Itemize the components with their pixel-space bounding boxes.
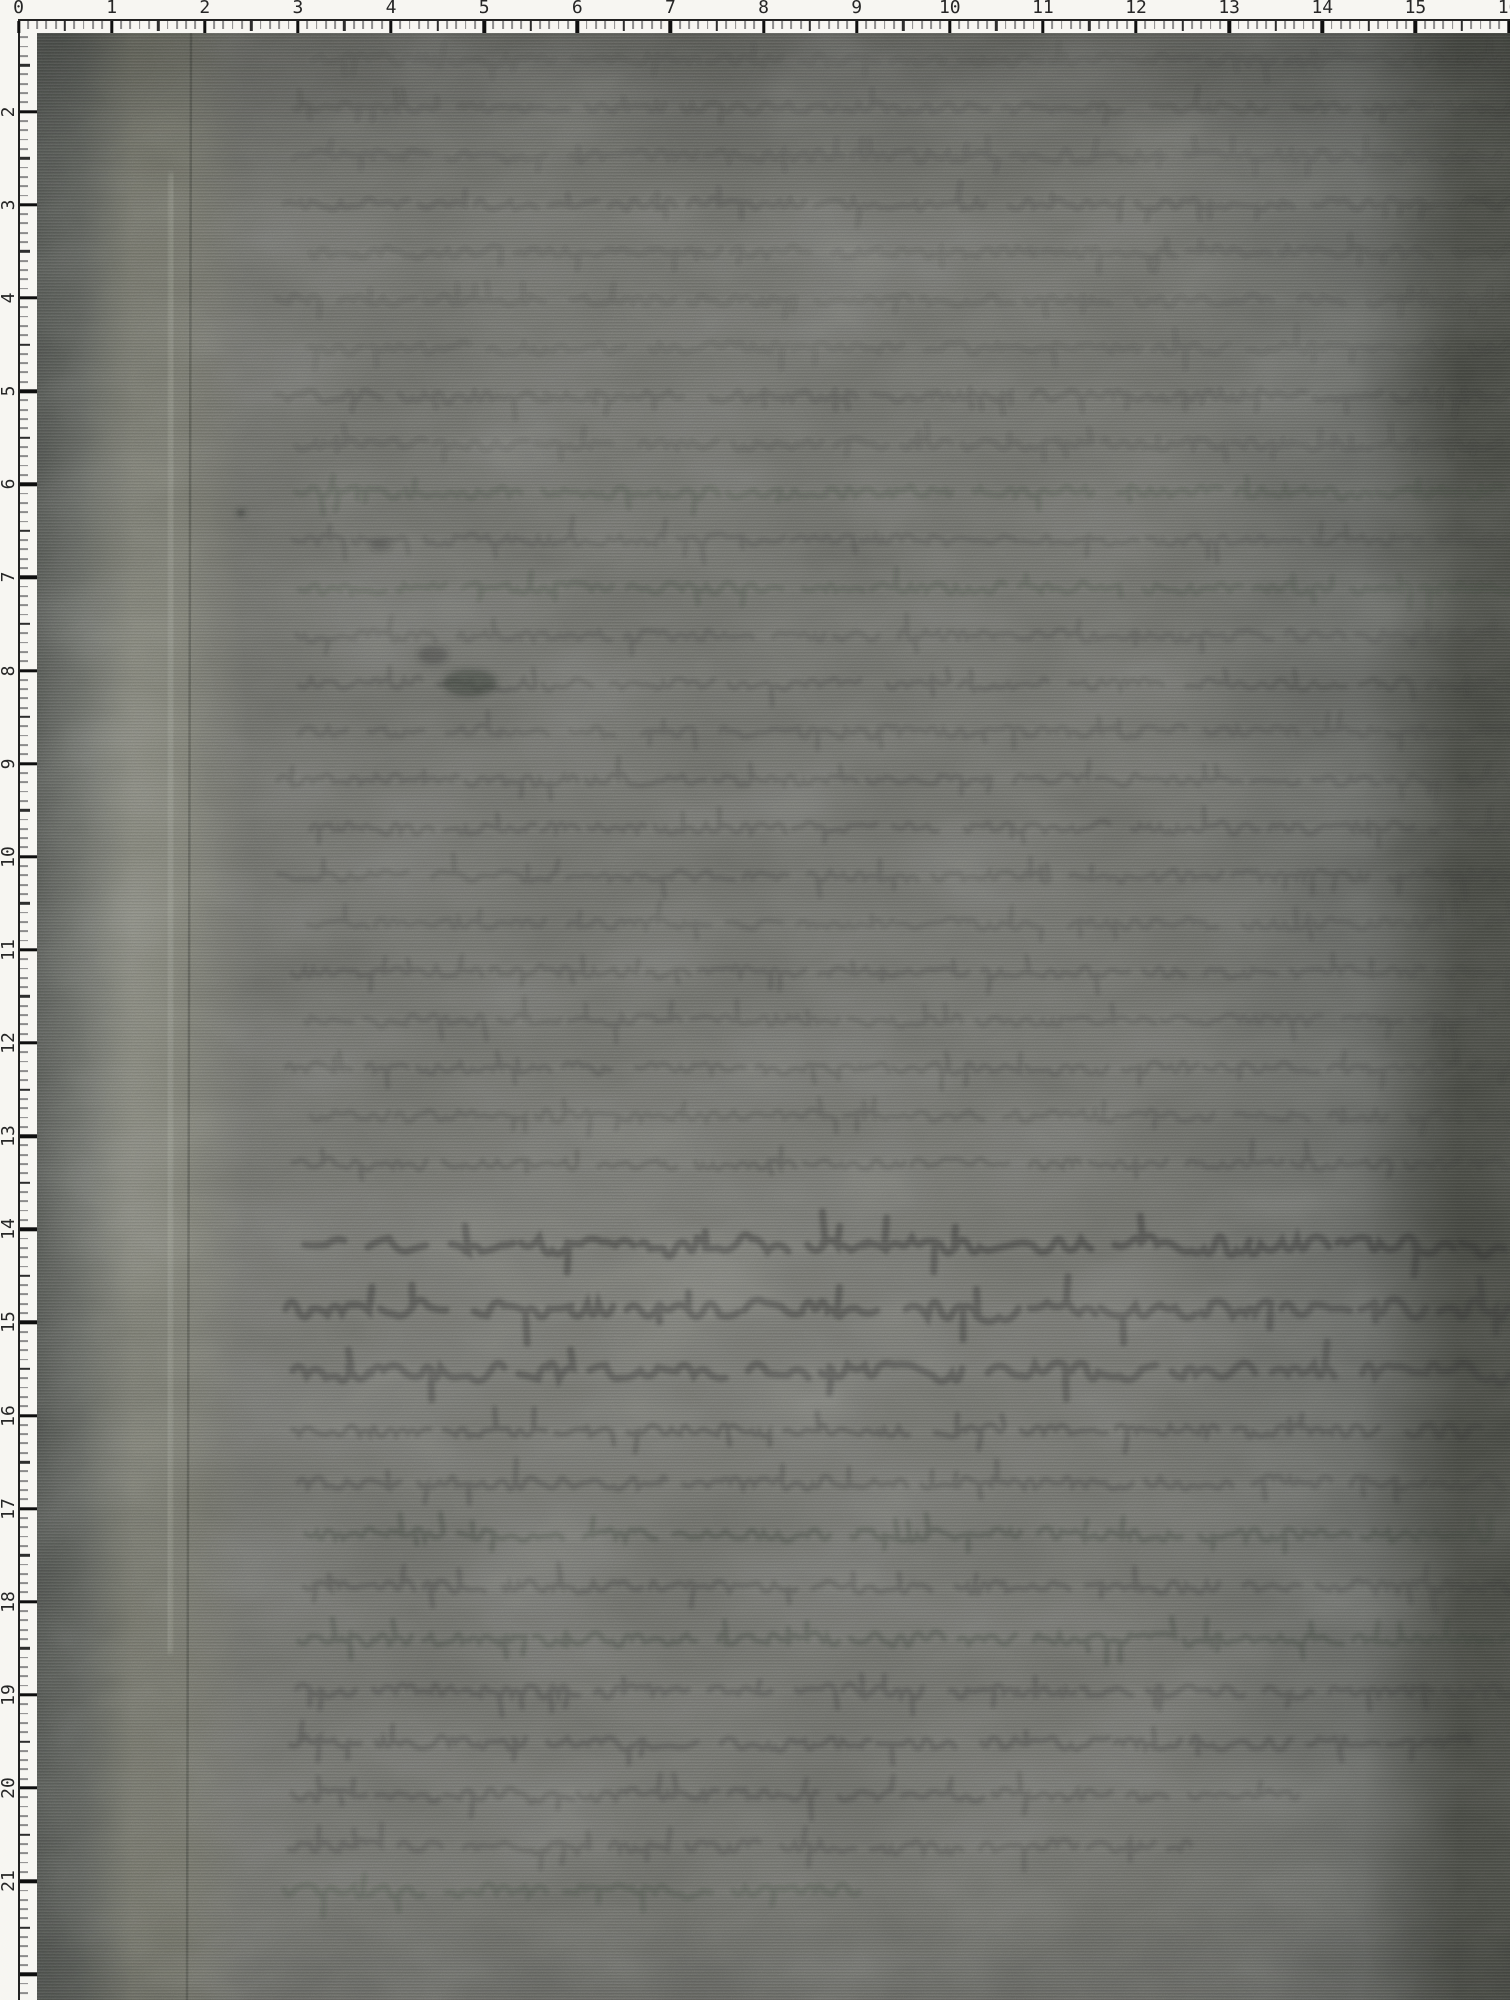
top-ruler-tick (855, 21, 858, 34)
top-ruler-tick (1061, 21, 1063, 29)
left-ruler-tick (20, 614, 28, 616)
top-ruler-tick (1154, 21, 1156, 29)
top-ruler-tick (1424, 21, 1426, 29)
left-ruler-tick (20, 1796, 28, 1798)
left-ruler-tick (20, 576, 38, 579)
left-ruler-tick (20, 977, 28, 979)
top-ruler-label: 13 (1218, 0, 1240, 18)
top-ruler-tick (455, 21, 457, 29)
top-ruler-label: 5 (479, 0, 490, 18)
left-ruler-tick (20, 1228, 38, 1231)
top-ruler-label: 16 (1498, 0, 1510, 18)
top-ruler-tick (334, 21, 336, 29)
left-ruler-tick (20, 986, 28, 988)
top-ruler-tick (1238, 21, 1240, 29)
left-ruler-tick (20, 1284, 28, 1286)
left-ruler-label: 14 (0, 1207, 18, 1251)
top-ruler-tick (604, 21, 606, 29)
top-ruler-tick (222, 21, 224, 29)
left-ruler-tick (20, 1890, 28, 1892)
left-ruler-tick (20, 940, 28, 942)
top-ruler-tick (232, 21, 234, 29)
left-ruler-tick (20, 1163, 28, 1165)
left-ruler-tick (20, 1349, 28, 1351)
top-ruler-tick (409, 21, 411, 29)
left-ruler-tick (20, 1964, 28, 1966)
left-ruler-tick (20, 389, 38, 392)
left-ruler-tick (20, 1200, 28, 1202)
top-ruler-label: 4 (386, 0, 397, 18)
left-ruler-tick (20, 539, 28, 541)
top-ruler-tick (110, 21, 113, 34)
left-ruler-tick (20, 55, 28, 57)
top-ruler-tick (539, 21, 541, 29)
left-ruler-tick (20, 446, 28, 448)
top-ruler-label: 1 (106, 0, 117, 18)
left-ruler-tick (20, 316, 28, 318)
top-ruler-tick (73, 21, 75, 29)
left-ruler-tick (20, 1852, 28, 1854)
left-ruler-tick (20, 1573, 28, 1575)
left-ruler-tick (20, 92, 28, 94)
top-ruler-tick (921, 21, 923, 29)
left-ruler-tick (20, 567, 28, 569)
top-ruler-tick (772, 21, 774, 29)
left-ruler-tick (20, 1461, 31, 1463)
top-ruler-label: 2 (199, 0, 210, 18)
top-ruler-tick (1331, 21, 1333, 29)
left-ruler-tick (20, 791, 28, 793)
top-ruler-tick (558, 21, 560, 29)
left-ruler-tick (20, 148, 28, 150)
left-ruler-tick (20, 1899, 28, 1901)
top-ruler-tick (101, 21, 103, 29)
left-ruler-tick (20, 1405, 28, 1407)
left-ruler-tick (20, 735, 28, 737)
left-ruler-label: 9 (0, 742, 18, 786)
left-ruler-tick (20, 1331, 28, 1333)
top-ruler-label: 3 (292, 0, 303, 18)
left-ruler-tick (20, 1685, 28, 1687)
left-ruler-tick (20, 1126, 28, 1128)
left-ruler-tick (20, 288, 28, 290)
top-ruler-tick (1144, 21, 1146, 29)
left-ruler-tick (20, 1600, 38, 1603)
left-ruler-tick (20, 847, 28, 849)
left-ruler-tick (20, 269, 28, 271)
left-ruler-tick (20, 167, 28, 169)
top-ruler-tick (707, 21, 709, 29)
left-ruler-tick (20, 1908, 28, 1910)
top-ruler-tick (1340, 21, 1342, 29)
top-ruler-tick (791, 21, 793, 29)
left-ruler-tick (20, 353, 28, 355)
left-ruler-tick (20, 260, 28, 262)
left-ruler-label: 18 (0, 1580, 18, 1624)
left-ruler-tick (20, 912, 28, 914)
top-ruler-tick (1368, 21, 1370, 32)
left-ruler-tick (20, 837, 28, 839)
top-ruler-tick (884, 21, 886, 29)
left-ruler-tick (20, 1833, 31, 1835)
top-ruler-tick (548, 21, 550, 29)
left-ruler-tick (20, 1368, 31, 1370)
left-ruler-tick (20, 1079, 28, 1081)
left-ruler-tick (20, 1219, 28, 1221)
left-ruler-tick (20, 1023, 28, 1025)
left-ruler-tick (20, 753, 28, 755)
top-ruler-tick (465, 21, 467, 29)
left-ruler-tick (20, 1387, 28, 1389)
top-ruler-tick (679, 21, 681, 29)
left-ruler-tick (20, 185, 28, 187)
left-ruler-tick (20, 436, 31, 438)
left-ruler-tick (20, 1088, 31, 1090)
left-ruler-label: 17 (0, 1487, 18, 1531)
top-ruler-tick (1200, 21, 1202, 29)
top-ruler-tick (948, 21, 951, 34)
left-ruler-tick (20, 64, 31, 66)
left-ruler-tick (20, 707, 28, 709)
left-ruler-tick (20, 1489, 28, 1491)
top-ruler-tick (371, 21, 373, 29)
top-ruler-tick (306, 21, 308, 29)
left-ruler-tick (20, 1722, 28, 1724)
left-ruler-tick (20, 1498, 28, 1500)
left-ruler-tick (20, 1256, 28, 1258)
top-ruler-tick (167, 21, 169, 29)
top-ruler-tick (893, 21, 895, 29)
left-ruler-tick (20, 1210, 28, 1212)
top-ruler-tick (1227, 21, 1230, 34)
top-ruler-tick (316, 21, 318, 29)
top-ruler-tick (1321, 21, 1324, 34)
left-ruler-tick (20, 1051, 28, 1053)
top-ruler-tick (930, 21, 932, 29)
left-ruler-tick (20, 1014, 28, 1016)
left-ruler-tick (20, 828, 28, 830)
top-ruler-tick (1442, 21, 1444, 29)
left-ruler-tick (20, 1526, 28, 1528)
left-ruler-tick (20, 213, 28, 215)
left-ruler-tick (20, 1275, 31, 1277)
top-ruler-tick (1033, 21, 1035, 29)
top-ruler-tick (958, 21, 960, 29)
left-ruler-tick (20, 1927, 31, 1929)
left-ruler-tick (20, 250, 31, 252)
left-ruler-tick (20, 1173, 28, 1175)
left-ruler-tick (20, 586, 28, 588)
top-ruler-tick (55, 21, 57, 29)
left-ruler-tick (20, 120, 28, 122)
top-ruler-tick (1433, 21, 1435, 29)
top-ruler-tick (493, 21, 495, 29)
left-ruler-tick (20, 781, 28, 783)
left-ruler-tick (20, 632, 28, 634)
top-ruler-tick (436, 21, 438, 32)
top-ruler-tick (697, 21, 699, 29)
top-ruler-tick (651, 21, 653, 29)
top-ruler-tick (213, 21, 215, 29)
top-ruler-tick (669, 21, 672, 34)
manuscript-scan-viewport: 123456789101112131415161718192021 012345… (0, 0, 1510, 2000)
top-ruler-tick (17, 21, 20, 34)
left-ruler-tick (20, 232, 28, 234)
left-ruler-label: 6 (0, 462, 18, 506)
top-ruler-tick (1461, 21, 1463, 32)
left-ruler-tick (20, 623, 31, 625)
left-ruler-tick (20, 502, 28, 504)
left-ruler-label: 13 (0, 1114, 18, 1158)
left-ruler-tick (20, 549, 28, 551)
top-ruler-tick (64, 21, 66, 32)
left-ruler-label: 5 (0, 369, 18, 413)
top-ruler-tick (482, 21, 485, 34)
top-ruler-tick (1359, 21, 1361, 29)
left-ruler-tick (20, 1359, 28, 1361)
left-ruler-tick (20, 893, 28, 895)
left-ruler-tick (20, 74, 28, 76)
top-ruler-tick (157, 21, 159, 32)
top-ruler-tick (809, 21, 811, 32)
top-ruler-tick (567, 21, 569, 29)
left-ruler-tick (20, 1452, 28, 1454)
top-ruler-tick (995, 21, 997, 32)
left-ruler-tick (20, 325, 28, 327)
top-ruler-tick (36, 21, 38, 29)
top-ruler-tick (1134, 21, 1137, 34)
top-ruler-tick (27, 21, 29, 29)
left-ruler-tick (20, 1582, 28, 1584)
left-ruler-tick (20, 1713, 28, 1715)
top-ruler-tick (1070, 21, 1072, 29)
top-ruler-label: 14 (1311, 0, 1333, 18)
left-ruler-tick (20, 800, 28, 802)
left-ruler-tick (20, 1443, 28, 1445)
top-ruler-tick (865, 21, 867, 29)
left-ruler-tick (20, 1992, 28, 1994)
left-ruler-tick (20, 129, 28, 131)
top-ruler-tick (1247, 21, 1249, 29)
top-ruler-tick (968, 21, 970, 29)
left-ruler-tick (20, 1824, 28, 1826)
top-ruler-tick (260, 21, 262, 29)
left-ruler-label: 21 (0, 1859, 18, 1903)
top-ruler-label: 8 (758, 0, 769, 18)
top-ruler-tick (1210, 21, 1212, 29)
top-ruler-tick (744, 21, 746, 29)
left-ruler-tick (20, 1657, 28, 1659)
left-ruler-tick (20, 968, 28, 970)
top-ruler-tick (250, 21, 252, 32)
left-ruler-tick (20, 1973, 38, 1976)
top-ruler-tick (614, 21, 616, 29)
left-ruler-tick (20, 1545, 28, 1547)
left-ruler-label: 7 (0, 555, 18, 599)
top-ruler-tick (1181, 21, 1183, 32)
left-ruler-tick (20, 1182, 31, 1184)
left-ruler-tick (20, 157, 31, 159)
top-ruler-tick (474, 21, 476, 29)
left-ruler-label: 2 (0, 90, 18, 134)
top-ruler-tick (781, 21, 783, 29)
left-ruler-tick (20, 921, 28, 923)
left-ruler-tick (20, 948, 38, 951)
top-ruler-tick (1405, 21, 1407, 29)
left-ruler-tick (20, 1536, 28, 1538)
top-ruler-tick (819, 21, 821, 29)
top-ruler-tick (1414, 21, 1417, 34)
top-ruler-tick (418, 21, 420, 29)
left-ruler-tick (20, 1070, 28, 1072)
top-ruler-tick (120, 21, 122, 29)
left-ruler-tick (20, 930, 28, 932)
left-ruler-tick (20, 1786, 38, 1789)
top-ruler-tick (269, 21, 271, 29)
top-ruler-tick (399, 21, 401, 29)
top-ruler-tick (343, 21, 345, 32)
left-ruler-tick (20, 1955, 28, 1957)
left-ruler-tick (20, 1396, 28, 1398)
left-ruler-tick (20, 362, 28, 364)
left-ruler-tick (20, 865, 28, 867)
left-ruler-tick (20, 1303, 28, 1305)
left-ruler-tick (20, 1750, 28, 1752)
left-ruler-tick (20, 1191, 28, 1193)
left-ruler-tick (20, 409, 28, 411)
top-ruler-tick (940, 21, 942, 29)
left-ruler-tick (20, 1098, 28, 1100)
left-ruler-tick (20, 772, 28, 774)
left-ruler-tick (20, 493, 28, 495)
left-ruler-tick (20, 46, 28, 48)
top-ruler-tick (1470, 21, 1472, 29)
top-ruler-tick (203, 21, 206, 34)
left-ruler-tick (20, 762, 38, 765)
top-ruler-tick (1275, 21, 1277, 32)
left-ruler-tick (20, 1238, 28, 1240)
left-ruler-tick (20, 1564, 28, 1566)
left-ruler-tick (20, 381, 28, 383)
left-ruler-tick (20, 139, 28, 141)
left-ruler-label: 15 (0, 1300, 18, 1344)
left-ruler-tick (20, 1041, 38, 1044)
left-ruler-tick (20, 203, 38, 206)
left-ruler-tick (20, 1740, 31, 1742)
left-ruler-tick (20, 1843, 28, 1845)
left-ruler-tick (20, 1731, 28, 1733)
top-ruler-tick (1387, 21, 1389, 29)
left-ruler-tick (20, 521, 28, 523)
top-ruler-tick (389, 21, 392, 34)
top-ruler-tick (353, 21, 355, 29)
top-ruler-label: 12 (1125, 0, 1147, 18)
left-ruler-label: 11 (0, 928, 18, 972)
left-ruler-tick (20, 1675, 28, 1677)
left-ruler-tick (20, 1918, 28, 1920)
left-ruler-tick (20, 241, 28, 243)
left-ruler-tick (20, 1433, 28, 1435)
top-ruler-tick (511, 21, 513, 29)
left-ruler-tick (20, 1871, 28, 1873)
left-ruler-tick (20, 1693, 38, 1696)
left-ruler-tick (20, 1629, 28, 1631)
left-ruler-tick (20, 725, 28, 727)
left-ruler-tick (20, 1321, 38, 1324)
left-ruler-label: 16 (0, 1394, 18, 1438)
left-ruler-label: 20 (0, 1766, 18, 1810)
left-ruler-tick (20, 1554, 31, 1556)
top-ruler-label: 9 (851, 0, 862, 18)
left-ruler-tick (20, 679, 28, 681)
top-ruler-tick (1117, 21, 1119, 29)
left-ruler-tick (20, 418, 28, 420)
top-ruler-tick (1284, 21, 1286, 29)
top-ruler-tick (1498, 21, 1500, 29)
top-ruler-tick (1191, 21, 1193, 29)
left-ruler-tick (20, 195, 28, 197)
left-ruler-tick (20, 1480, 28, 1482)
top-ruler-tick (1014, 21, 1016, 29)
left-ruler-tick (20, 716, 31, 718)
left-ruler-tick (20, 83, 28, 85)
left-ruler-tick (20, 558, 28, 560)
left-ruler-tick (20, 809, 31, 811)
left-ruler-tick (20, 1247, 28, 1249)
left-ruler-tick (20, 465, 28, 467)
top-ruler-tick (46, 21, 48, 29)
top-ruler-tick (296, 21, 299, 34)
left-ruler-label: 19 (0, 1673, 18, 1717)
top-ruler-tick (828, 21, 830, 29)
left-ruler-tick (20, 1936, 28, 1938)
top-ruler-tick (1041, 21, 1044, 34)
top-ruler-tick (623, 21, 625, 32)
left-ruler-tick (20, 1815, 28, 1817)
left-ruler-label: 10 (0, 835, 18, 879)
top-ruler-tick (362, 21, 364, 29)
top-ruler-tick (325, 21, 327, 29)
top-ruler-tick (92, 21, 94, 29)
top-ruler-tick (912, 21, 914, 29)
left-ruler-tick (20, 278, 28, 280)
left-ruler-tick (20, 1266, 28, 1268)
top-ruler-tick (185, 21, 187, 29)
top-ruler-tick (502, 21, 504, 29)
top-ruler-tick (725, 21, 727, 29)
top-ruler-tick (1377, 21, 1379, 29)
left-ruler-tick (20, 1312, 28, 1314)
top-ruler-label: 7 (665, 0, 676, 18)
top-ruler-tick (753, 21, 755, 29)
top-ruler-tick (427, 21, 429, 29)
left-ruler-label: 4 (0, 276, 18, 320)
left-ruler-tick (20, 1769, 28, 1771)
left-ruler-tick (20, 1154, 28, 1156)
left-ruler-tick (20, 1507, 38, 1510)
top-ruler-tick (1163, 21, 1165, 29)
left-ruler: 123456789101112131415161718192021 (0, 0, 37, 2000)
left-ruler-tick (20, 1879, 38, 1882)
top-ruler-tick (1219, 21, 1221, 29)
top-ruler-label: 6 (572, 0, 583, 18)
top-ruler-tick (288, 21, 290, 29)
left-ruler-tick (20, 296, 38, 299)
left-ruler-tick (20, 427, 28, 429)
left-ruler-tick (20, 819, 28, 821)
left-ruler-tick (20, 604, 28, 606)
top-ruler-tick (586, 21, 588, 29)
